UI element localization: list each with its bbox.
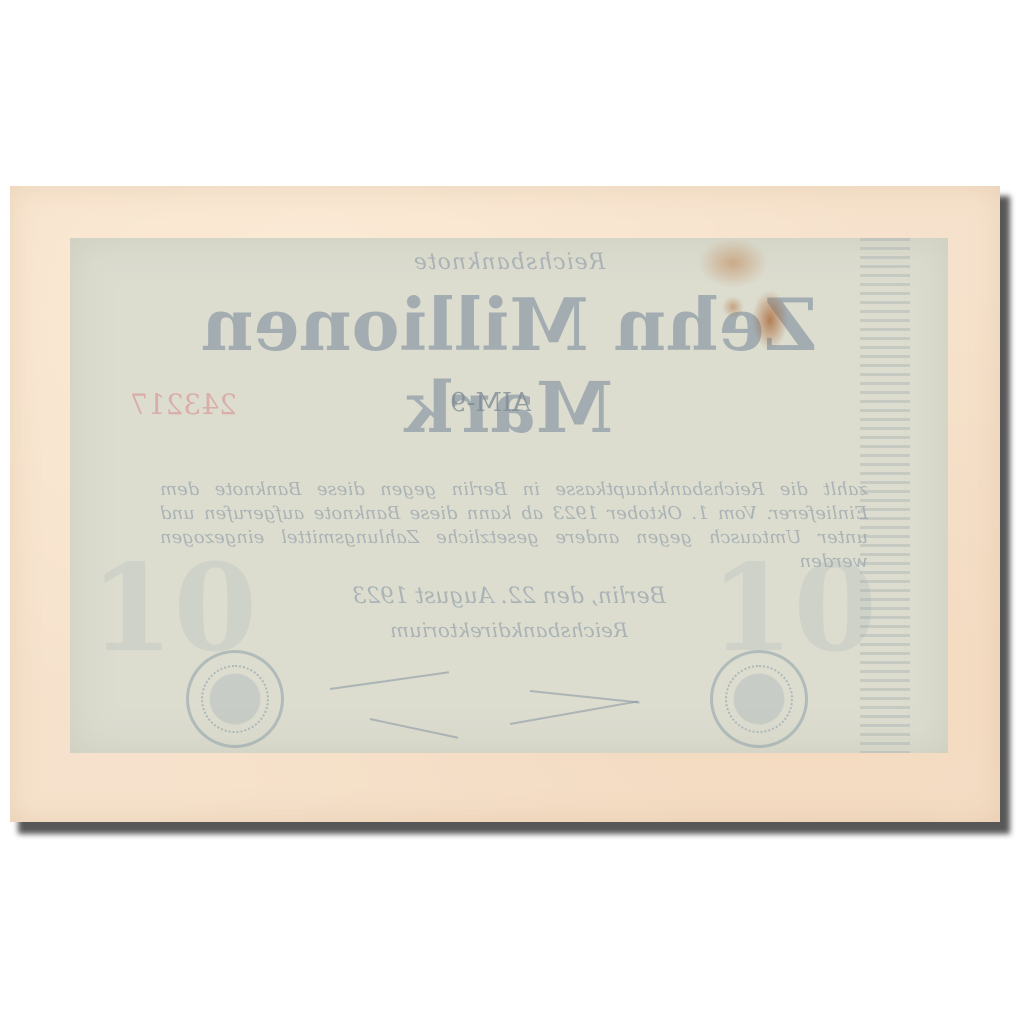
stain [698, 238, 768, 288]
signature-stroke [370, 718, 458, 739]
vertical-text-strip [860, 238, 910, 753]
issuing-board: Reichsbankdirektorium [70, 618, 948, 642]
seal-eagle-icon-left [186, 650, 284, 748]
signature-stroke [510, 700, 638, 725]
seal-eagle-icon-right [710, 650, 808, 748]
banknote: 10 10 Reichsbanknote Zehn Millionen Mark… [10, 186, 1000, 822]
serial-number: 243217 [130, 388, 237, 421]
promise-text: zahlt die Reichsbankhauptkasse in Berlin… [160, 478, 868, 574]
signature-stroke [330, 671, 449, 690]
stain [722, 296, 744, 318]
series-code: AIM-9 [450, 388, 531, 418]
issue-date: Berlin, den 22. August 1923 [70, 584, 948, 609]
issuer-text: Reichsbanknote [70, 250, 948, 275]
stain [752, 290, 788, 350]
denomination-words: Zehn Millionen [70, 282, 948, 367]
signature-stroke [530, 690, 640, 703]
print-panel: 10 10 Reichsbanknote Zehn Millionen Mark… [70, 238, 948, 753]
signatures [330, 678, 670, 748]
